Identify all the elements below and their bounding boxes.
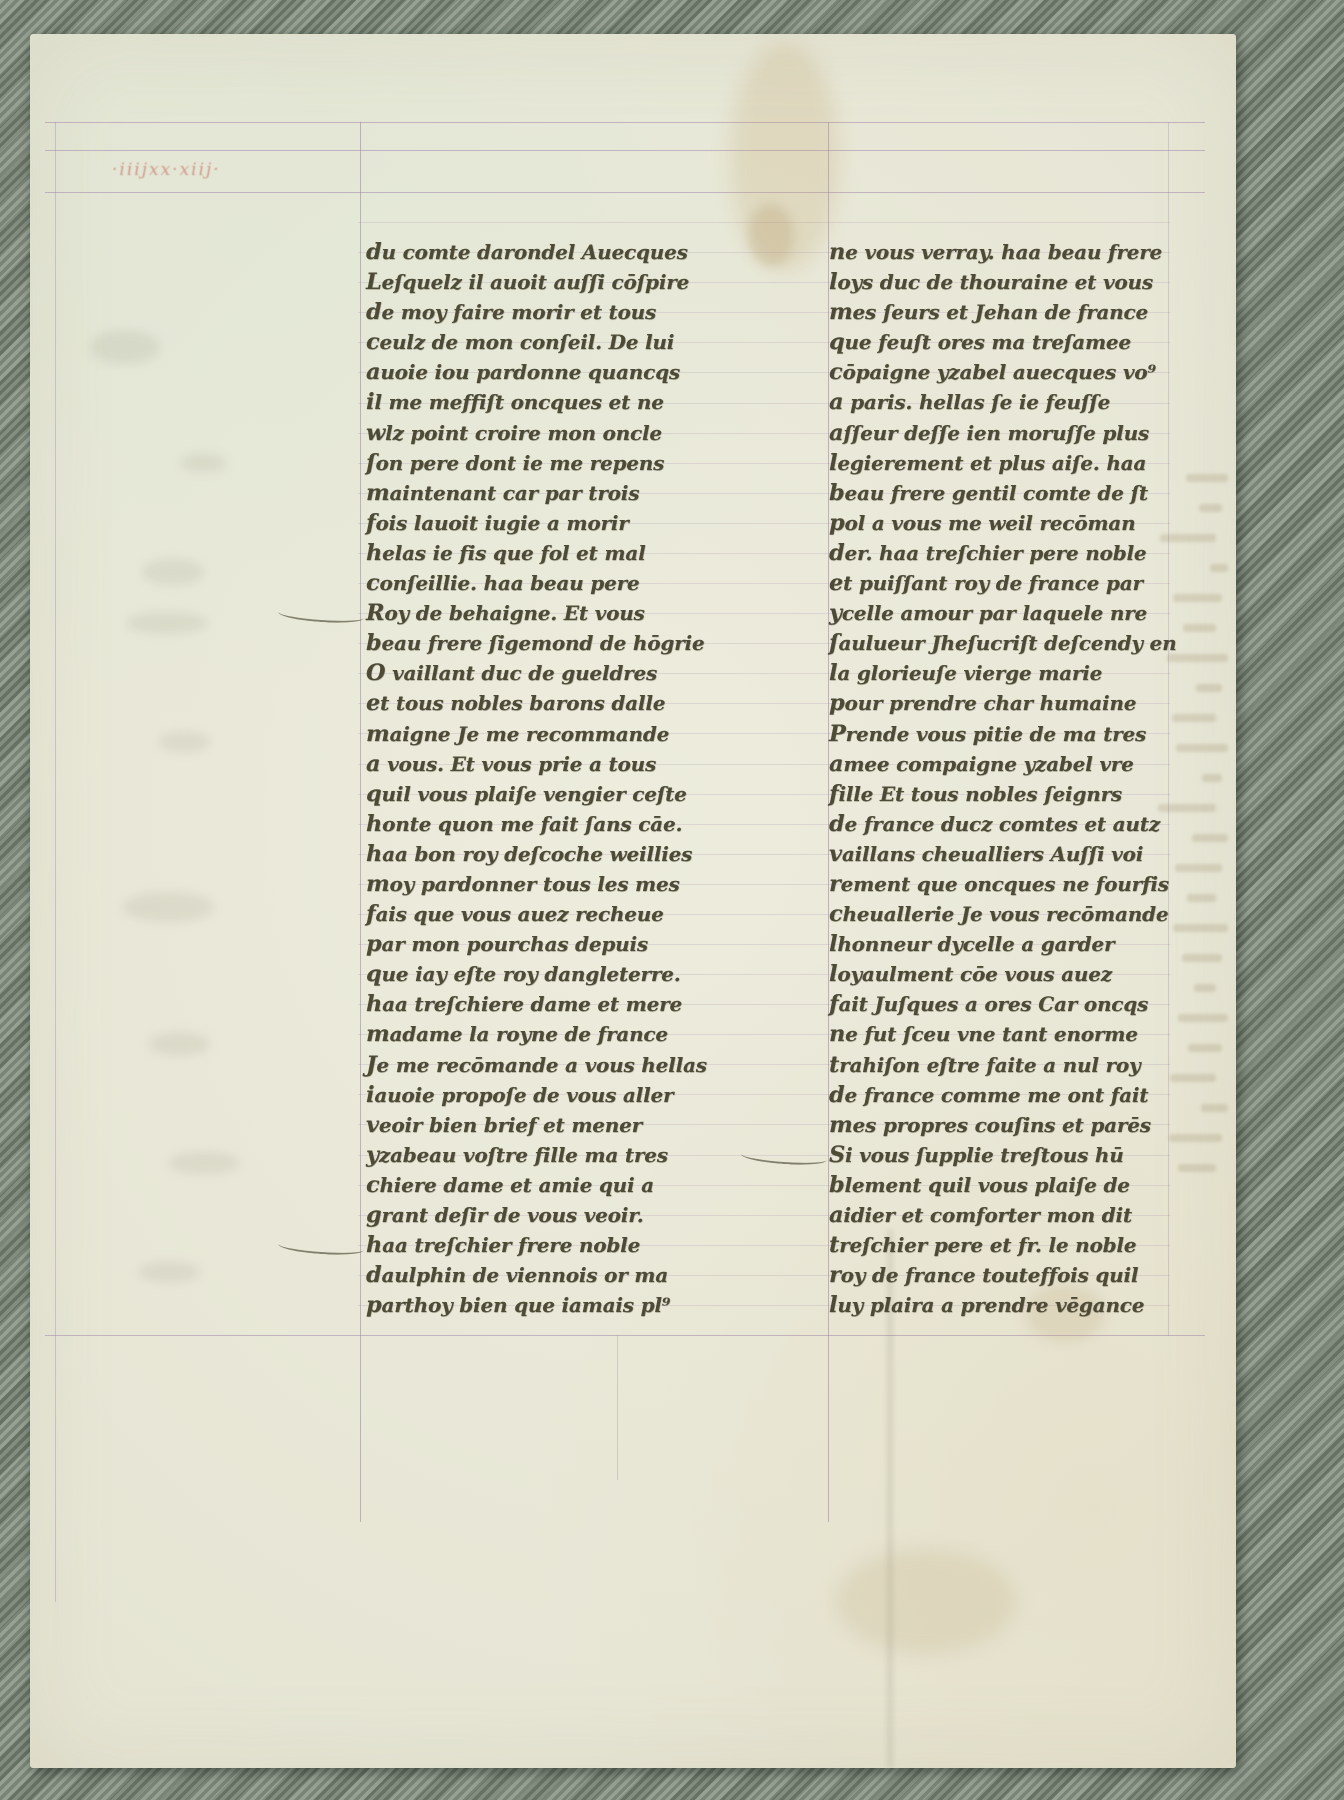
show-through-blotch: [126, 612, 208, 634]
manuscript-line: loyaulment cōe vous auez: [829, 959, 1189, 989]
manuscript-line: wlz point croire mon oncle: [366, 418, 726, 448]
manuscript-line: aſſeur deſſe ien moruſſe plus: [829, 418, 1189, 448]
show-through-blotch: [180, 454, 226, 472]
show-through-blotch: [148, 1032, 210, 1056]
manuscript-line: pour prendre char humaine: [829, 688, 1189, 718]
show-through-blotch: [122, 892, 214, 922]
manuscript-line: fait Juſques a ores Car oncqs: [829, 989, 1189, 1019]
show-through-blotch: [90, 330, 160, 364]
manuscript-line: a vous. Et vous prie a tous: [366, 749, 726, 779]
manuscript-line: moy pardonner tous les mes: [366, 869, 726, 899]
manuscript-line: rement que oncques ne fourfis: [829, 869, 1189, 899]
show-through-mark: [1187, 894, 1216, 902]
folio-number: ·iiijxx·xiij·: [112, 160, 221, 180]
manuscript-line: Roy de behaigne. Et vous: [366, 598, 726, 628]
manuscript-line: cōpaigne yzabel auecques vo⁹: [829, 357, 1189, 387]
manuscript-line: treſchier pere et fr. le noble: [829, 1230, 1189, 1260]
parchment-page: ·iiijxx·xiij· du comte darondel Auecques…: [30, 34, 1236, 1768]
manuscript-line: ne vous verray. haa beau frere: [829, 237, 1189, 267]
manuscript-line: que feuſt ores ma treſamee: [829, 327, 1189, 357]
manuscript-line: chiere dame et amie qui a: [366, 1170, 726, 1200]
manuscript-line: amee compaigne yzabel vre: [829, 749, 1189, 779]
manuscript-line: fois lauoit iugie a morir: [366, 508, 726, 538]
show-through-mark: [1202, 774, 1222, 782]
manuscript-line: pol a vous me weil recōman: [829, 508, 1189, 538]
manuscript-line: parthoy bien que iamais pl⁹: [366, 1290, 726, 1320]
show-through-mark: [1201, 1104, 1228, 1112]
manuscript-line: fais que vous auez recheue: [366, 899, 726, 929]
manuscript-line: ne fut ſceu vne tant enorme: [829, 1019, 1189, 1049]
stain: [748, 204, 794, 266]
ruling-line: [55, 122, 56, 1602]
manuscript-line: cheuallerie Je vous recōmande: [829, 899, 1189, 929]
manuscript-line: blement quil vous plaiſe de: [829, 1170, 1189, 1200]
show-through-blotch: [158, 732, 210, 752]
manuscript-line: par mon pourchas depuis: [366, 929, 726, 959]
manuscript-line: mes ſeurs et Jehan de france: [829, 297, 1189, 327]
manuscript-line: Je me recōmande a vous hellas: [366, 1050, 726, 1080]
show-through-mark: [1186, 474, 1228, 482]
manuscript-line: luy plaira a prendre vēgance: [829, 1290, 1189, 1320]
show-through-mark: [1188, 1044, 1222, 1052]
manuscript-line: ſon pere dont ie me repens: [366, 448, 726, 478]
manuscript-line: haa treſchiere dame et mere: [366, 989, 726, 1019]
show-through-mark: [1192, 834, 1228, 842]
manuscript-line: a paris. hellas ſe ie feuſſe: [829, 387, 1189, 417]
manuscript-line: ycelle amour par laquele nre: [829, 598, 1189, 628]
manuscript-line: helas ie fis que fol et mal: [366, 538, 726, 568]
manuscript-line: maintenant car par trois: [366, 478, 726, 508]
manuscript-line: der. haa treſchier pere noble: [829, 538, 1189, 568]
manuscript-line: grant deſir de vous veoir.: [366, 1200, 726, 1230]
manuscript-line: il me meffiſt oncques et ne: [366, 387, 726, 417]
manuscript-line: haa bon roy deſcoche weillies: [366, 839, 726, 869]
manuscript-line: Si vous ſupplie treſtous hū: [829, 1140, 1189, 1170]
manuscript-line: la glorieuſe vierge marie: [829, 658, 1189, 688]
ruling-line: [360, 122, 361, 1522]
manuscript-line: quil vous plaiſe vengier ceſte: [366, 779, 726, 809]
stain: [835, 1549, 1015, 1654]
show-through-mark: [1194, 984, 1216, 992]
manuscript-line: du comte darondel Auecques: [366, 237, 726, 267]
show-through-mark: [1199, 504, 1222, 512]
manuscript-line: que iay eſte roy dangleterre.: [366, 959, 726, 989]
manuscript-line: Leſquelz il auoit auſſi cōſpire: [366, 267, 726, 297]
ruling-line: [617, 1335, 618, 1480]
show-through-blotch: [142, 559, 204, 585]
stain: [730, 42, 840, 272]
manuscript-line: madame la royne de france: [366, 1019, 726, 1049]
show-through-blotch: [138, 1262, 200, 1282]
manuscript-line: O vaillant duc de gueldres: [366, 658, 726, 688]
manuscript-line: Prende vous pitie de ma tres: [829, 719, 1189, 749]
manuscript-line: auoie iou pardonne quancqs: [366, 357, 726, 387]
manuscript-line: aidier et comforter mon dit: [829, 1200, 1189, 1230]
manuscript-line: roy de france touteffois quil: [829, 1260, 1189, 1290]
manuscript-line: ſaulueur Jheſucriſt deſcendy en: [829, 628, 1189, 658]
manuscript-line: mes propres couſins et parēs: [829, 1110, 1189, 1140]
manuscript-line: veoir bien brief et mener: [366, 1110, 726, 1140]
manuscript-line: beau frere gentil comte de ſt: [829, 478, 1189, 508]
manuscript-line: beau frere ſigemond de hōgrie: [366, 628, 726, 658]
text-column-right: ne vous verray. haa beau frereloys duc d…: [829, 237, 1189, 1320]
manuscript-line: yzabeau voſtre fille ma tres: [366, 1140, 726, 1170]
ruling-line: [45, 1335, 1205, 1336]
manuscript-line: daulphin de viennois or ma: [366, 1260, 726, 1290]
manuscript-line: honte quon me fait ſans cāe.: [366, 809, 726, 839]
ruling-line: [45, 122, 1205, 123]
manuscript-line: lhonneur dycelle a garder: [829, 929, 1189, 959]
manuscript-line: maigne Je me recommande: [366, 719, 726, 749]
manuscript-line: de france ducz comtes et autz: [829, 809, 1189, 839]
manuscript-line: de moy faire morir et tous: [366, 297, 726, 327]
manuscript-line: de france comme me ont fait: [829, 1080, 1189, 1110]
ruling-line: [45, 150, 1205, 151]
manuscript-line: legierement et plus aiſe. haa: [829, 448, 1189, 478]
manuscript-line: ceulz de mon conſeil. De lui: [366, 327, 726, 357]
manuscript-line: et tous nobles barons dalle: [366, 688, 726, 718]
manuscript-line: haa treſchier frere noble: [366, 1230, 726, 1260]
manuscript-line: conſeillie. haa beau pere: [366, 568, 726, 598]
ruling-line: [45, 192, 1205, 193]
show-through-mark: [1196, 684, 1222, 692]
ruling-line: [358, 222, 1170, 223]
manuscript-line: vaillans cheualliers Auſſi voi: [829, 839, 1189, 869]
manuscript-photo: ·iiijxx·xiij· du comte darondel Auecques…: [0, 0, 1344, 1800]
manuscript-line: fille Et tous nobles ſeignrs: [829, 779, 1189, 809]
show-through-mark: [1210, 564, 1228, 572]
show-through-blotch: [168, 1152, 240, 1174]
manuscript-line: loys duc de thouraine et vous: [829, 267, 1189, 297]
manuscript-line: iauoie propoſe de vous aller: [366, 1080, 726, 1110]
manuscript-line: trahiſon eſtre faite a nul roy: [829, 1050, 1189, 1080]
text-column-left: du comte darondel AuecquesLeſquelz il au…: [366, 237, 726, 1320]
manuscript-line: et puiſſant roy de france par: [829, 568, 1189, 598]
